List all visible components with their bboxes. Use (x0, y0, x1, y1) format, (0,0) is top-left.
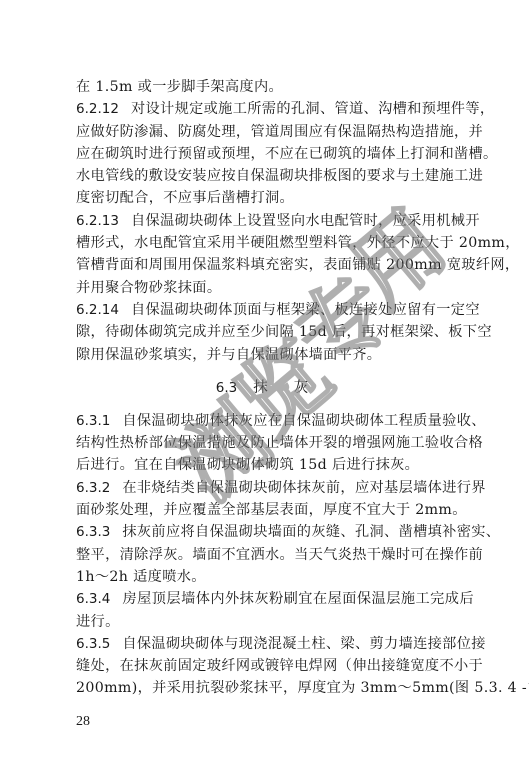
line-text: 槽形式，水电配管宜采用半硬阻燃型塑料管，外径不应大于 20mm， (76, 235, 520, 251)
text-line: 整平，清除浮灰。墙面不宜洒水。当天气炎热干燥时可在操作前 (76, 544, 474, 566)
line-text: 进行。 (76, 614, 120, 630)
line-text: 面砂浆处理，并应覆盖全部基层表面，厚度不宜大于 2mm。 (76, 502, 467, 518)
line-text: 整平，清除浮灰。墙面不宜洒水。当天气炎热干燥时可在操作前 (76, 547, 483, 563)
line-text: 200mm)，并采用抗裂砂浆抹平，厚度宜为 3mm～5mm(图 5.3. 4 -… (76, 680, 529, 696)
text-line: 度密切配合，不应事后凿槽打洞。 (76, 187, 474, 209)
line-text: 隙用保温砂浆填实，并与自保温砌体墙面平齐。 (76, 347, 381, 363)
clause-number: 6.3.2 (76, 480, 110, 496)
line-text: 应在砌筑时进行预留或预埋，不应在已砌筑的墙体上打洞和凿槽。 (76, 146, 498, 162)
text-line: 隙用保温砂浆填实，并与自保温砌体墙面平齐。 (76, 344, 474, 366)
text-line: 后进行。宜在自保温砌块砌体砌筑 15d 后进行抹灰。 (76, 454, 474, 476)
line-text: 自保温砌块砌体上设置竖向水电配管时，应采用机械开 (131, 213, 480, 229)
text-line: 隙，待砌体砌筑完成并应至少间隔 15d 后，再对框架梁、板下空 (76, 321, 474, 343)
clause-line: 6.2.13自保温砌块砌体上设置竖向水电配管时，应采用机械开 (76, 210, 474, 232)
page-number: 28 (76, 714, 90, 730)
line-text: 应做好防渗漏、防腐处理，管道周围应有保温隔热构造措施，并 (76, 124, 483, 140)
line-text: 1h～2h 适度喷水。 (76, 569, 206, 585)
clause-number: 6.3.3 (76, 524, 110, 540)
line-text: 房屋顶层墙体内外抹灰粉刷宜在屋面保温层施工完成后 (122, 591, 474, 607)
text-line: 进行。 (76, 611, 474, 633)
text-line: 应在砌筑时进行预留或预埋，不应在已砌筑的墙体上打洞和凿槽。 (76, 143, 474, 165)
line-text: 后进行。宜在自保温砌块砌体砌筑 15d 后进行抹灰。 (76, 457, 419, 473)
clause-line: 6.3.3抹灰前应将自保温砌块墙面的灰缝、孔洞、凿槽填补密实、 (76, 521, 474, 543)
line-text: 度密切配合，不应事后凿槽打洞。 (76, 190, 294, 206)
text-line: 水电管线的敷设安装应按自保温砌块排板图的要求与土建施工进 (76, 165, 474, 187)
line-text: 结构性热桥部位保温措施及防止墙体开裂的增强网施工验收合格 (76, 435, 483, 451)
line-text: 对设计规定或施工所需的孔洞、管道、沟槽和预埋件等， (131, 101, 494, 117)
text-line: 应做好防渗漏、防腐处理，管道周围应有保温隔热构造措施，并 (76, 121, 474, 143)
section-number: 6.3 (216, 380, 237, 396)
text-line: 并用聚合物砂浆抹面。 (76, 277, 474, 299)
clause-number: 6.2.12 (76, 101, 119, 117)
section-title: 抹灰 (253, 380, 334, 396)
clause-line: 6.3.5自保温砌块砌体与现浇混凝土柱、梁、剪力墙连接部位接 (76, 633, 474, 655)
line-text: 隙，待砌体砌筑完成并应至少间隔 15d 后，再对框架梁、板下空 (76, 324, 492, 340)
clause-number: 6.3.5 (76, 636, 110, 652)
clause-number: 6.3.4 (76, 591, 110, 607)
clause-line: 6.3.1自保温砌块砌体抹灰应在自保温砌块砌体工程质量验收、 (76, 410, 474, 432)
clause-line: 6.2.14自保温砌块砌体顶面与框架梁、板连接处应留有一定空 (76, 299, 474, 321)
line-text: 在非烧结类自保温砌块砌体抹灰前，应对基层墙体进行界 (122, 480, 485, 496)
clause-number: 6.2.13 (76, 213, 119, 229)
line-text: 自保温砌块砌体顶面与框架梁、板连接处应留有一定空 (131, 302, 480, 318)
text-line: 面砂浆处理，并应覆盖全部基层表面，厚度不宜大于 2mm。 (76, 499, 474, 521)
line-text: 自保温砌块砌体抹灰应在自保温砌块砌体工程质量验收、 (122, 413, 485, 429)
text-line: 200mm)，并采用抗裂砂浆抹平，厚度宜为 3mm～5mm(图 5.3. 4 -… (76, 677, 474, 699)
line-text: 水电管线的敷设安装应按自保温砌块排板图的要求与土建施工进 (76, 168, 483, 184)
line-text: 缝处，在抹灰前固定玻纤网或镀锌电焊网（伸出接缝宽度不小于 (76, 658, 483, 674)
text-line: 在 1.5m 或一步脚手架高度内。 (76, 76, 474, 98)
document-body: 在 1.5m 或一步脚手架高度内。6.2.12对设计规定或施工所需的孔洞、管道、… (76, 76, 474, 700)
clause-line: 6.3.4房屋顶层墙体内外抹灰粉刷宜在屋面保温层施工完成后 (76, 588, 474, 610)
line-text: 在 1.5m 或一步脚手架高度内。 (76, 79, 283, 95)
text-line: 槽形式，水电配管宜采用半硬阻燃型塑料管，外径不应大于 20mm， (76, 232, 474, 254)
clause-number: 6.2.14 (76, 302, 119, 318)
text-line: 管槽背面和周围用保温浆料填充密实，表面铺贴 200mm 宽玻纤网， (76, 254, 474, 276)
text-line: 结构性热桥部位保温措施及防止墙体开裂的增强网施工验收合格 (76, 432, 474, 454)
section-heading: 6.3抹灰 (76, 366, 474, 410)
text-line: 1h～2h 适度喷水。 (76, 566, 474, 588)
line-text: 并用聚合物砂浆抹面。 (76, 280, 221, 296)
line-text: 管槽背面和周围用保温浆料填充密实，表面铺贴 200mm 宽玻纤网， (76, 257, 519, 273)
line-text: 抹灰前应将自保温砌块墙面的灰缝、孔洞、凿槽填补密实、 (122, 524, 500, 540)
clause-line: 6.3.2在非烧结类自保温砌块砌体抹灰前，应对基层墙体进行界 (76, 477, 474, 499)
line-text: 自保温砌块砌体与现浇混凝土柱、梁、剪力墙连接部位接 (122, 636, 485, 652)
clause-line: 6.2.12对设计规定或施工所需的孔洞、管道、沟槽和预埋件等， (76, 98, 474, 120)
text-line: 缝处，在抹灰前固定玻纤网或镀锌电焊网（伸出接缝宽度不小于 (76, 655, 474, 677)
clause-number: 6.3.1 (76, 413, 110, 429)
